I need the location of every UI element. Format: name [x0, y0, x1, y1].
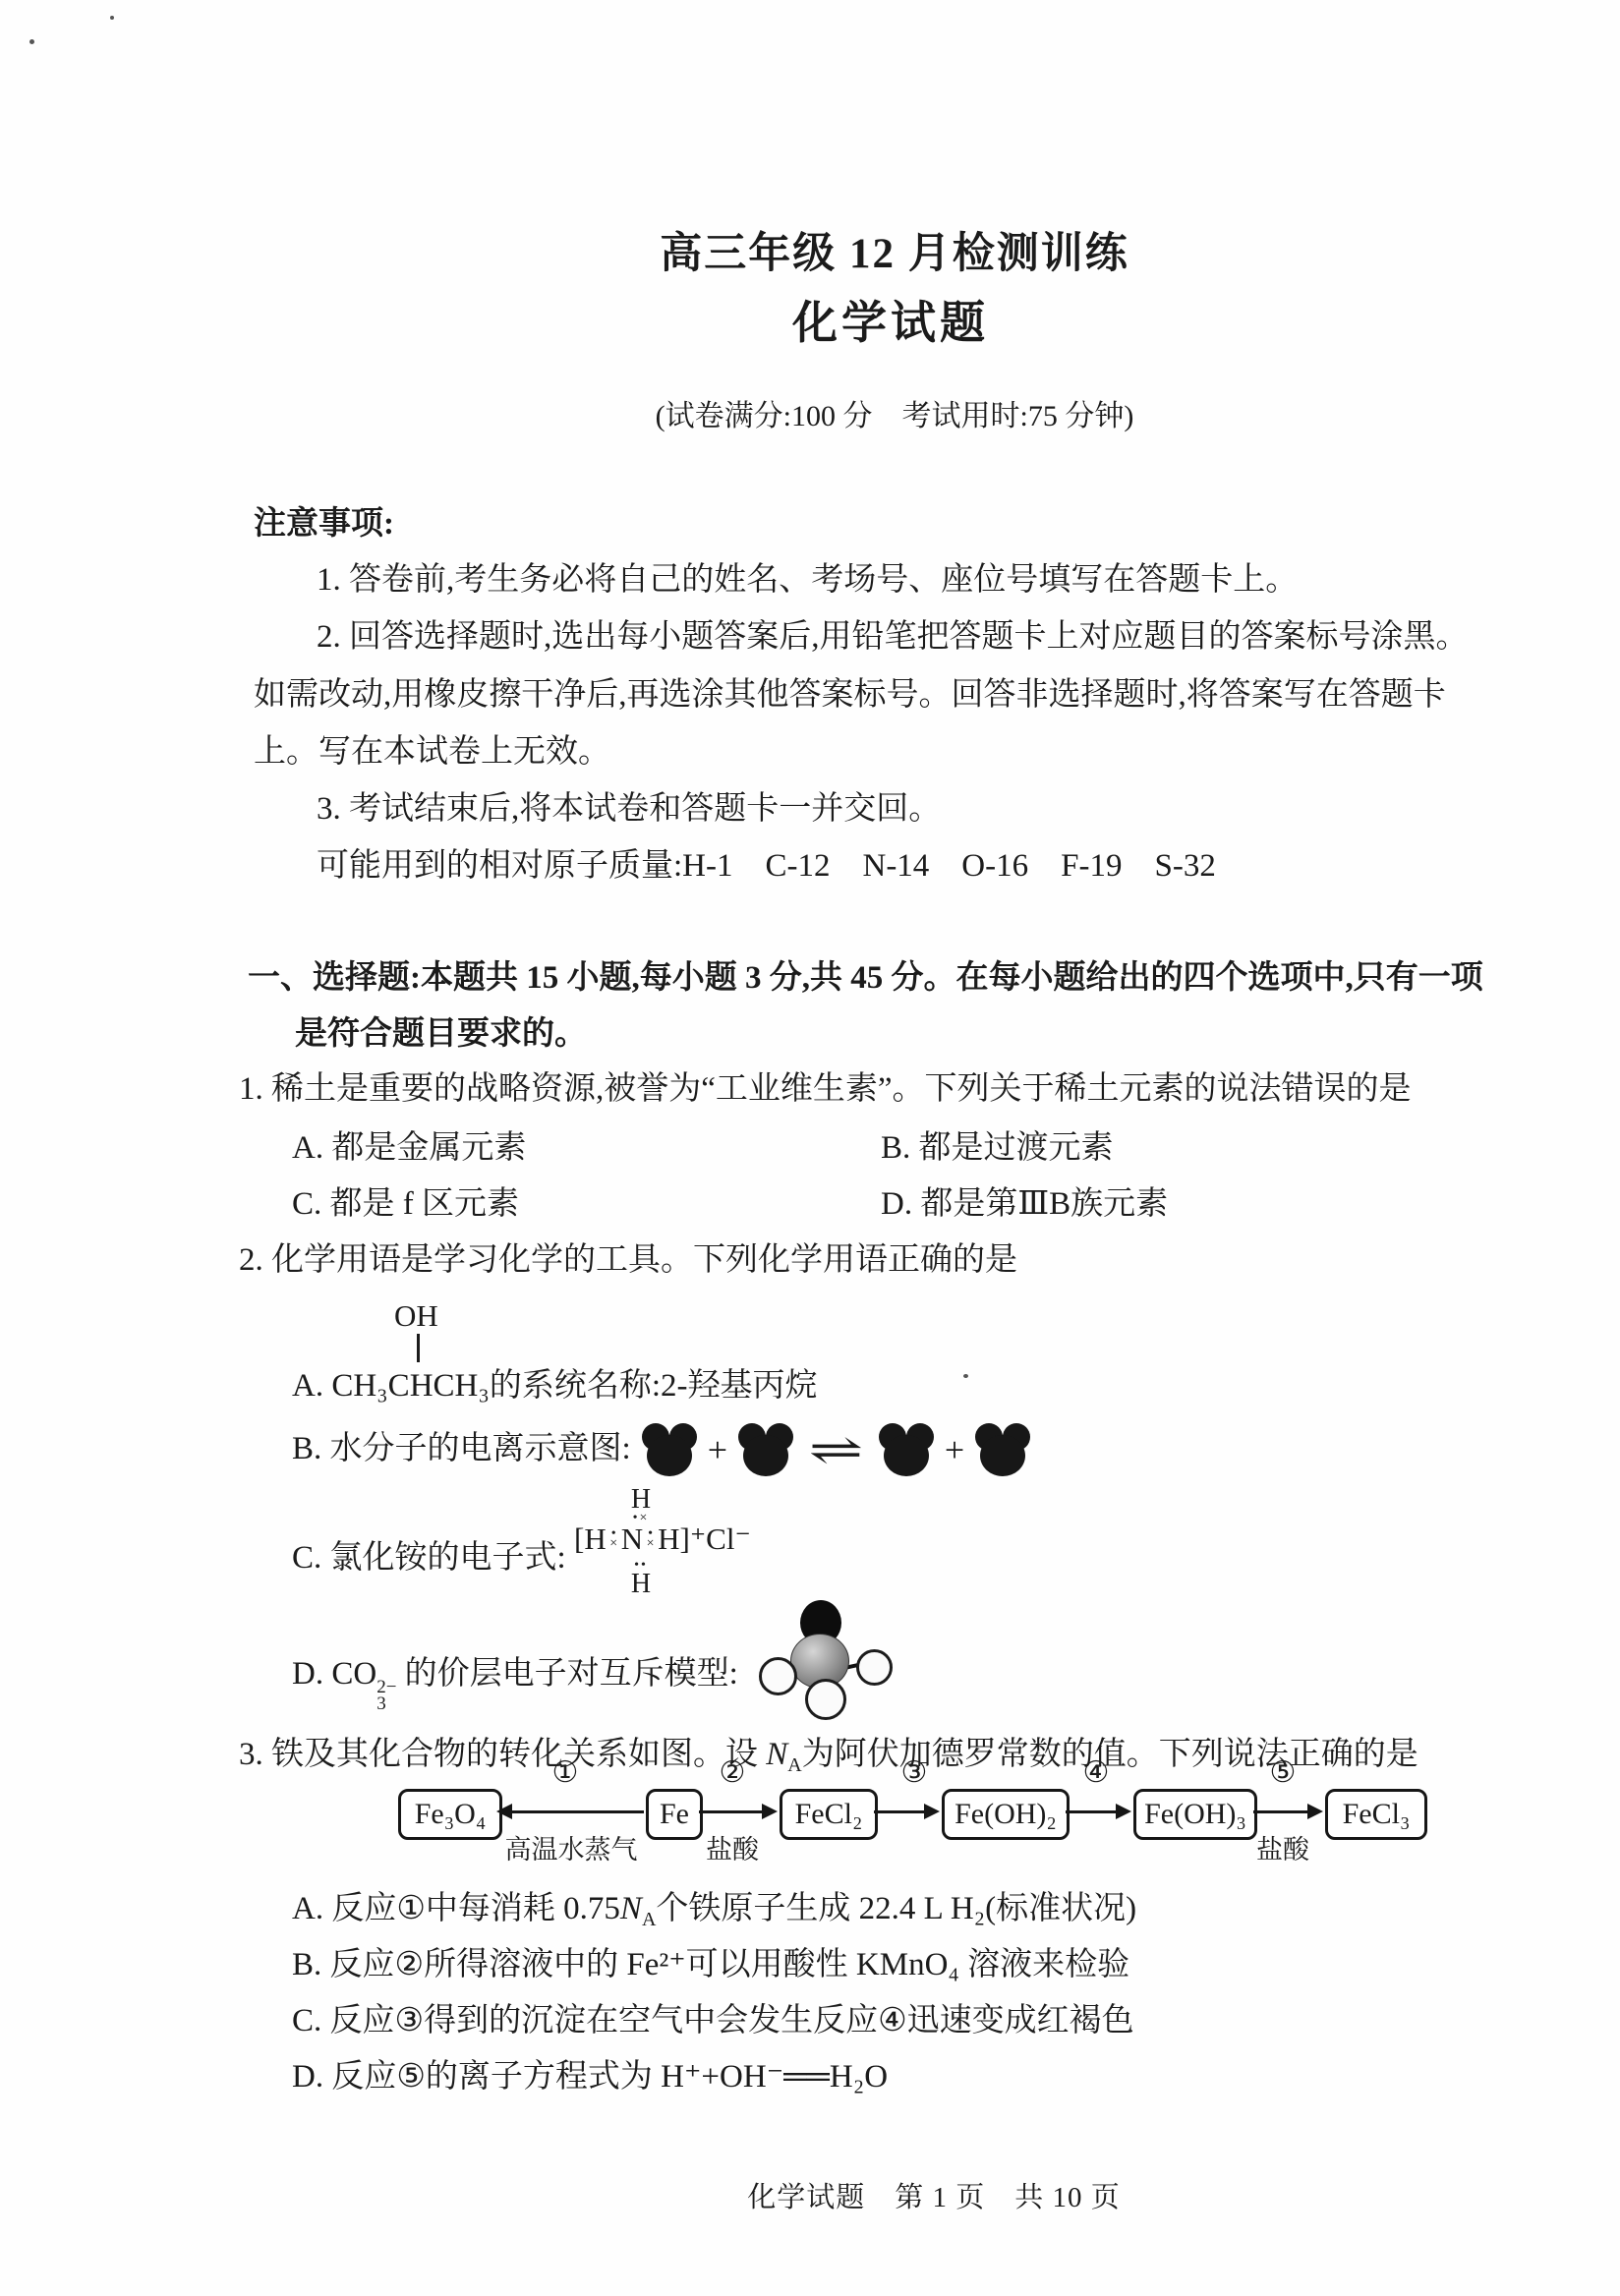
q2-option-d-text: 的价层电子对互斥模型:: [396, 1656, 737, 1692]
q2-option-d: D. CO2−3 的价层电子对互斥模型:: [292, 1654, 738, 1712]
reaction-1-label: 高温水蒸气: [505, 1828, 638, 1866]
scan-speck: [963, 1374, 968, 1378]
diagram-box-fe: Fe: [646, 1789, 703, 1840]
electron-formula-top: H •×: [619, 1486, 663, 1523]
reaction-5-label: 盐酸: [1256, 1828, 1309, 1866]
notice-heading: 注意事项:: [254, 504, 394, 545]
oxygen-ball: [805, 1679, 846, 1720]
notice-item-2-line2: 如需改动,用橡皮擦干净后,再选涂其他答案标号。回答非选择题时,将答案写在答题卡: [254, 675, 1446, 716]
electron-formula-bottom: •• H: [619, 1561, 663, 1598]
q3-option-b: B. 反应②所得溶液中的 Fe²⁺可以用酸性 KMnO₄ 溶液来检验: [292, 1945, 1129, 1985]
q3-option-d: D. 反应⑤的离子方程式为 H⁺+OH⁻══H₂O: [292, 2057, 888, 2097]
subject-title: 化学试题: [792, 295, 989, 352]
reaction-4-number: ④: [1083, 1755, 1110, 1790]
hydroxyl-label: OH: [394, 1297, 438, 1336]
diagram-box-fecl3: FeCl₃: [1325, 1789, 1427, 1840]
q1-option-c: C. 都是 f 区元素: [292, 1184, 519, 1225]
electron-pair: •×: [643, 1529, 658, 1549]
section-header-line1: 一、选择题:本题共 15 小题,每小题 3 分,共 45 分。在每小题给出的四个…: [248, 958, 1483, 999]
diagram-box-fe3o4: Fe₃O₄: [398, 1789, 502, 1840]
electron-formula-middle: [H •× N •× H]⁺Cl⁻: [574, 1521, 751, 1557]
iron-conversion-diagram: Fe₃O₄ Fe FeCl₂ Fe(OH)₂ Fe(OH)₃ FeCl₃ ① 高…: [398, 1777, 1440, 1871]
exam-paper-page: 高三年级 12 月检测训练 化学试题 (试卷满分:100 分 考试用时:75 分…: [0, 0, 1620, 2296]
q1-option-d: D. 都是第ⅢB族元素: [881, 1184, 1168, 1225]
notice-item-1: 1. 答卷前,考生务必将自己的姓名、考场号、座位号填写在答题卡上。: [317, 560, 1298, 601]
scan-speck: [29, 39, 34, 44]
avogadro-symbol: N: [620, 1891, 642, 1926]
bond-line: [417, 1334, 420, 1362]
atomic-masses: 可能用到的相对原子质量:H-1 C-12 N-14 O-16 F-19 S-32: [317, 846, 1216, 887]
ammonium-chloride-electron-formula: H •× [H •× N •× H]⁺Cl⁻ •• H: [574, 1486, 810, 1602]
plus-sign: +: [708, 1429, 727, 1470]
hydronium-ion-icon: [878, 1423, 935, 1476]
q1-stem: 1. 稀土是重要的战略资源,被誉为“工业维生素”。下列关于稀土元素的说法错误的是: [239, 1069, 1412, 1110]
reaction-3-number: ③: [901, 1755, 928, 1790]
diagram-box-feoh3: Fe(OH)₃: [1133, 1789, 1257, 1840]
q3-option-c: C. 反应③得到的沉淀在空气中会发生反应④迅速变成红褐色: [292, 2001, 1134, 2041]
reaction-5-number: ⑤: [1270, 1755, 1297, 1790]
q2-option-a: A. CH₃CHCH₃的系统名称:2-羟基丙烷: [292, 1366, 818, 1406]
diagram-box-fecl2: FeCl₂: [780, 1789, 878, 1840]
bottom-hydrogen: H: [619, 1571, 663, 1598]
carbonate-formula-co: D. CO: [292, 1656, 376, 1692]
avogadro-symbol: N: [766, 1737, 787, 1772]
notice-item-2-line3: 上。写在本试卷上无效。: [254, 732, 610, 773]
arrow-line: [1253, 1810, 1309, 1813]
bracket-left-h: [H: [574, 1521, 607, 1557]
arrow-line: [699, 1810, 764, 1813]
notice-item-2-line1: 2. 回答选择题时,选出每小题答案后,用铅笔把答题卡上对应题目的答案标号涂黑。: [317, 617, 1469, 658]
notice-item-3: 3. 考试结束后,将本试卷和答题卡一并交回。: [317, 789, 941, 830]
q2-option-c-label: C. 氯化铵的电子式:: [292, 1538, 566, 1578]
arrowhead-left: [496, 1804, 512, 1819]
carbonate-charge-stack: 2−3: [376, 1679, 396, 1712]
top-hydrogen: H: [619, 1486, 663, 1514]
arrow-line: [1066, 1810, 1118, 1813]
q2-option-b: B. 水分子的电离示意图: + ⇌ +: [292, 1420, 1031, 1479]
scan-speck: [110, 16, 114, 20]
oxygen-ball: [759, 1657, 797, 1695]
bracket-right-chloride: H]⁺Cl⁻: [658, 1521, 751, 1557]
arrow-line: [510, 1810, 644, 1813]
arrowhead-right: [1307, 1804, 1323, 1819]
vsepr-model-icon: [759, 1600, 892, 1718]
arrowhead-right: [1116, 1804, 1131, 1819]
exam-title: 高三年级 12 月检测训练: [660, 228, 1129, 281]
plus-sign: +: [945, 1429, 964, 1470]
section-header-line2: 是符合题目要求的。: [295, 1014, 587, 1055]
hydroxide-ion-icon: [974, 1423, 1031, 1476]
q1-option-a: A. 都是金属元素: [292, 1128, 526, 1169]
q1-option-b: B. 都是过渡元素: [881, 1128, 1114, 1169]
reaction-1-number: ①: [552, 1755, 579, 1790]
reaction-2-number: ②: [720, 1755, 746, 1790]
electron-pair: •×: [607, 1529, 621, 1549]
nitrogen-atom: N: [621, 1521, 643, 1557]
exam-subtitle: (试卷满分:100 分 考试用时:75 分钟): [656, 398, 1134, 435]
q2-option-b-label: B. 水分子的电离示意图:: [292, 1429, 631, 1469]
q2-stem: 2. 化学用语是学习化学的工具。下列化学用语正确的是: [239, 1240, 1017, 1281]
diagram-box-feoh2: Fe(OH)₂: [942, 1789, 1070, 1840]
arrowhead-right: [762, 1804, 778, 1819]
water-molecule-icon: [641, 1423, 698, 1476]
equilibrium-arrow-icon: ⇌: [809, 1425, 863, 1475]
oxygen-ball: [856, 1649, 893, 1686]
arrow-line: [874, 1810, 926, 1813]
arrowhead-right: [924, 1804, 940, 1819]
water-molecule-icon: [737, 1423, 794, 1476]
count-subscript: 3: [376, 1695, 386, 1712]
q3-option-a: A. 反应①中每消耗 0.75NA个铁原子生成 22.4 L H₂(标准状况): [292, 1889, 1136, 1932]
q3-stem: 3. 铁及其化合物的转化关系如图。设 NA为阿伏加德罗常数的值。下列说法正确的是: [239, 1735, 1418, 1778]
reaction-2-label: 盐酸: [706, 1828, 759, 1866]
page-footer: 化学试题 第 1 页 共 10 页: [747, 2180, 1121, 2215]
